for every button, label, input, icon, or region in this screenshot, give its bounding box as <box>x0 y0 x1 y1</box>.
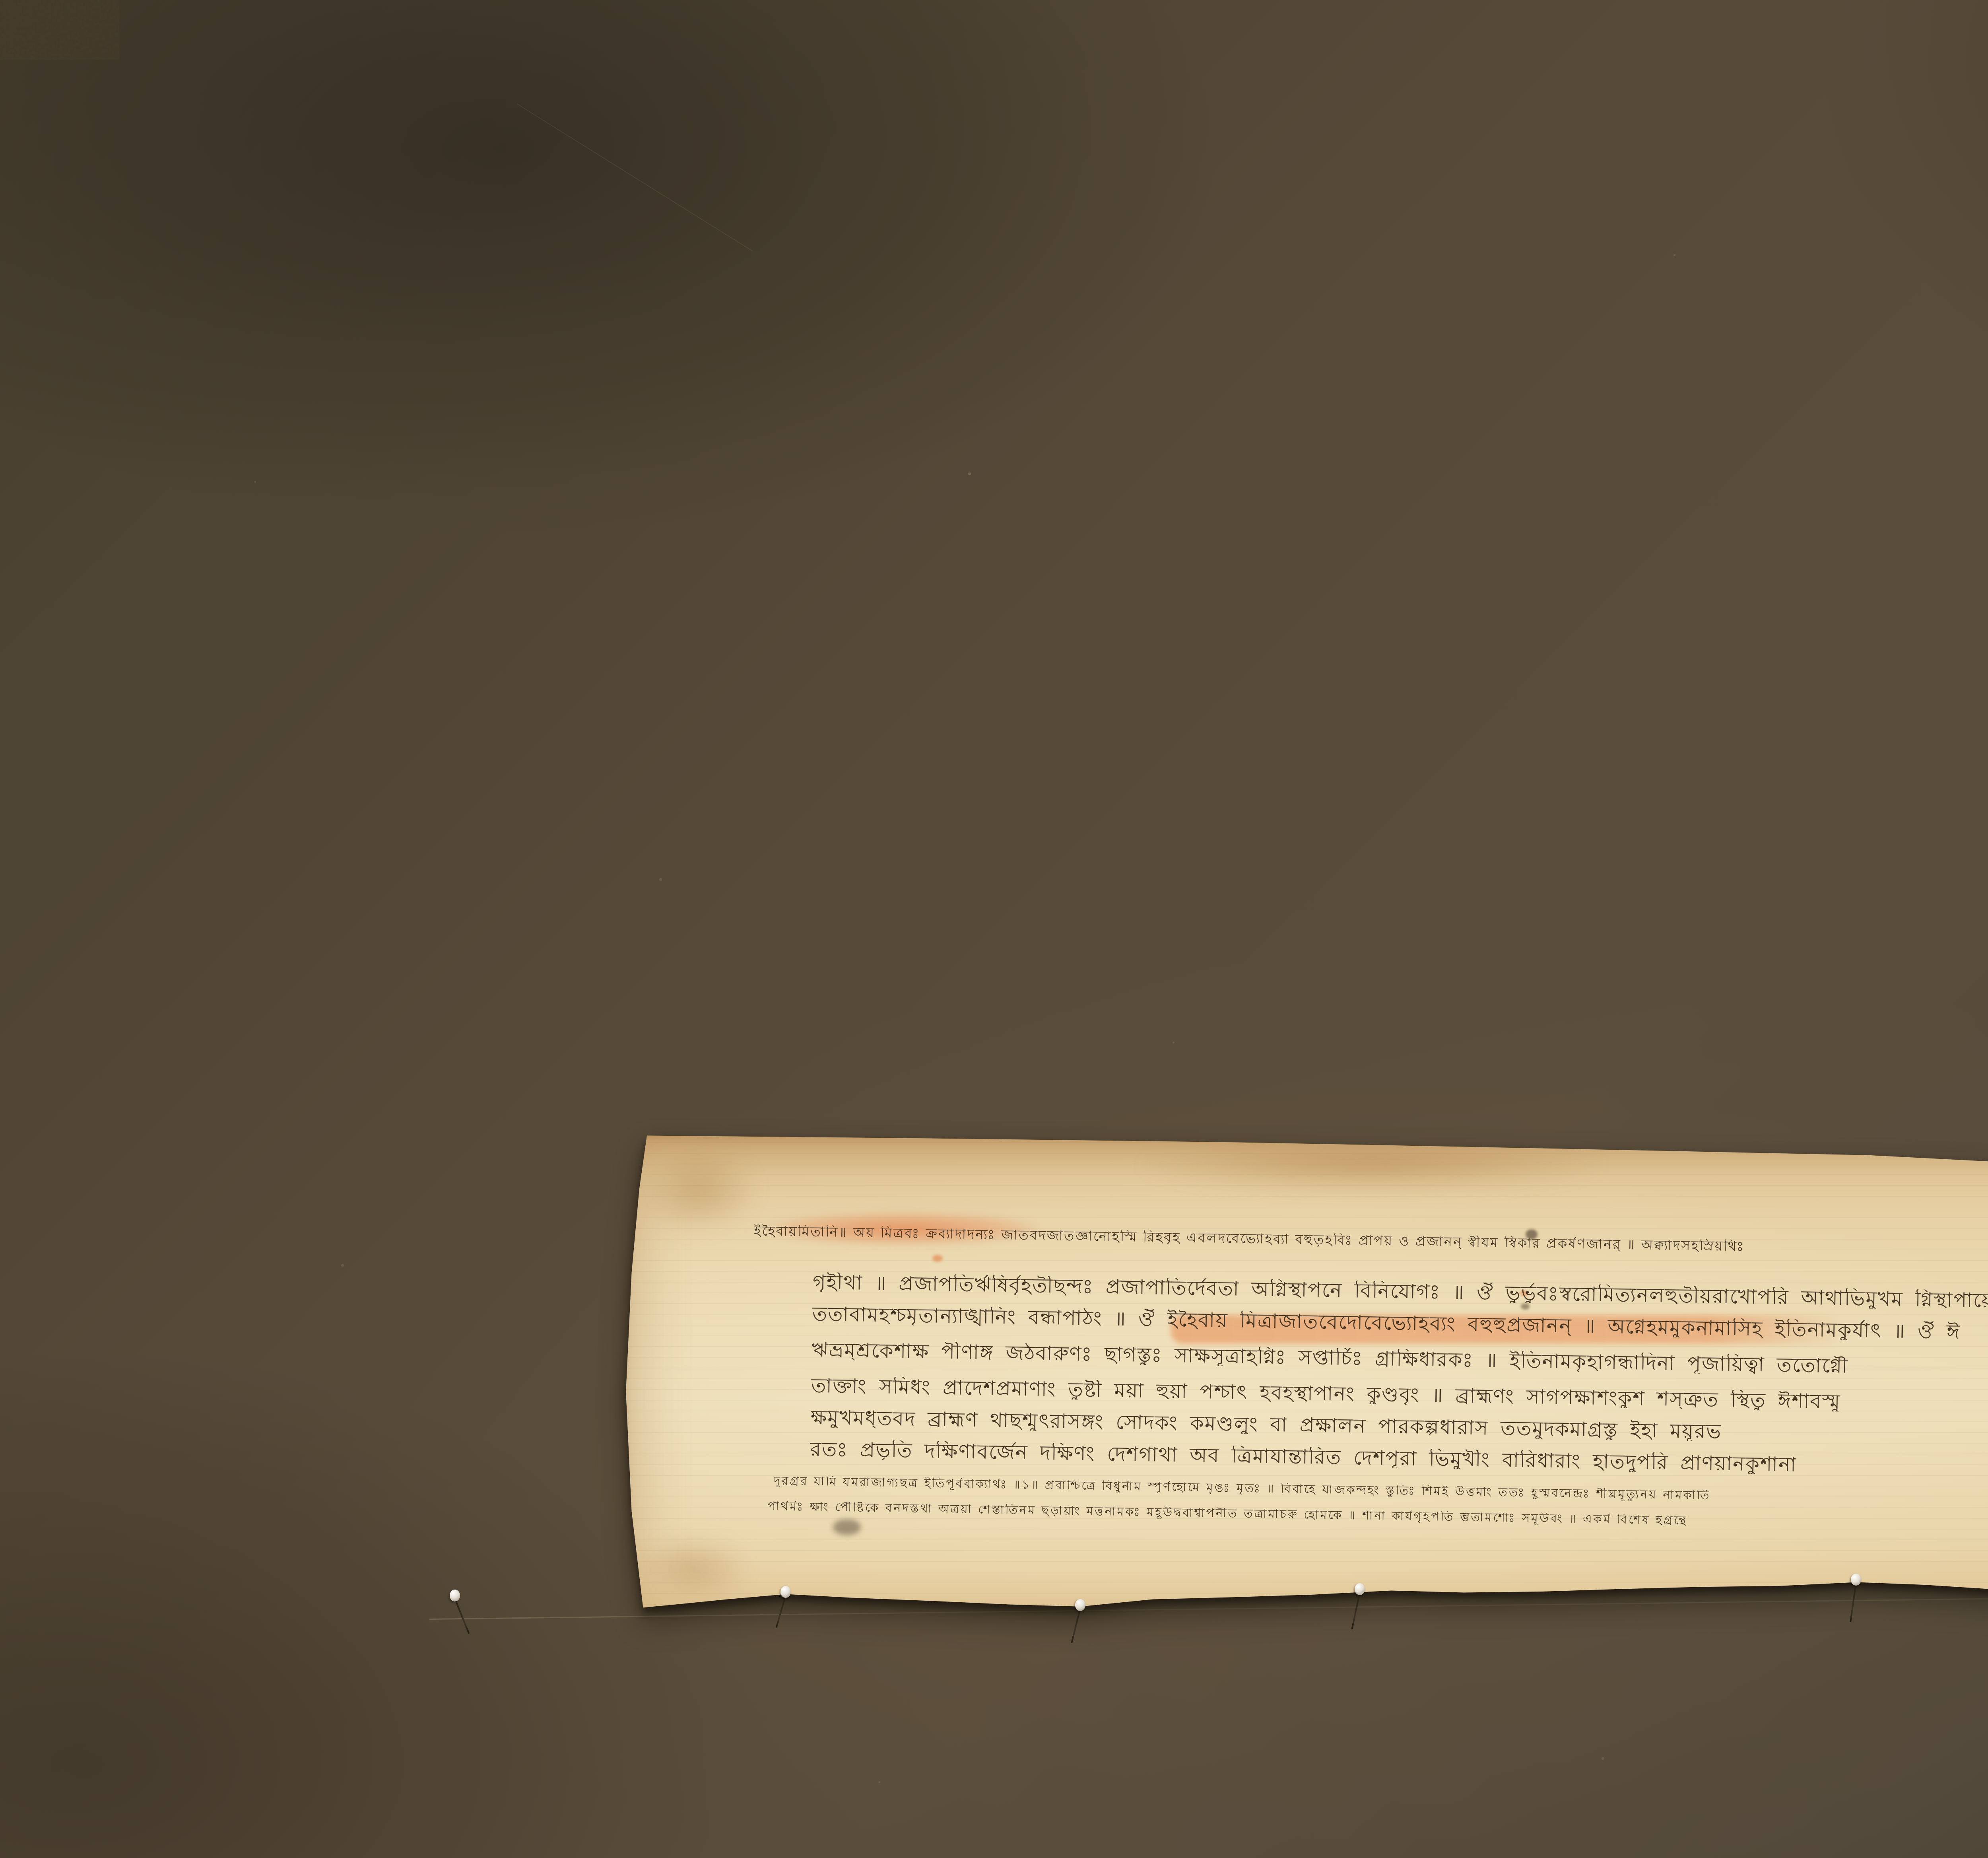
photograph-canvas: ইহৈবায়মিতানি॥ অয় মিত্রবঃ ক্রব্যাদাদন্য… <box>0 0 1988 1858</box>
pin-head <box>450 1590 460 1601</box>
felt-texture-overlay <box>0 0 119 60</box>
manuscript-leaf-shadow: ইহৈবায়মিতানি॥ অয় মিত্রবঃ ক্রব্যাদাদন্য… <box>618 1131 1988 1648</box>
pin-head <box>1355 1583 1365 1595</box>
paper-edge-toning <box>618 1131 1988 1648</box>
mat-diagonal-scratch <box>516 103 753 252</box>
manuscript-leaf: ইহৈবায়মিতানি॥ অয় মিত্রবঃ ক্রব্যাদাদন্য… <box>618 1131 1988 1648</box>
pin-head <box>1075 1599 1085 1611</box>
pin-head <box>780 1586 791 1598</box>
pin-stem <box>454 1598 470 1634</box>
pin-head <box>1851 1574 1861 1586</box>
